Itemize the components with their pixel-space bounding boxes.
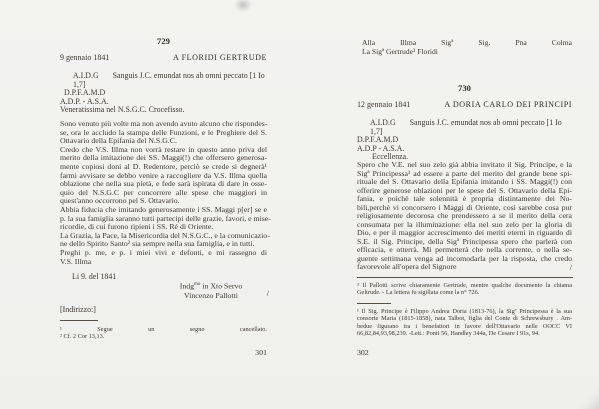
text-line: V.S. Illma (60, 258, 267, 267)
footnote-rule (60, 320, 98, 321)
letter-salutation: Veneratissima nel N.S.G.C. Crocefisso. (60, 105, 267, 114)
footnote-rule-short (357, 303, 391, 304)
text-line: La Sigª Gertrude³ Floridi (362, 47, 572, 56)
signature-name: Vincenzo Pallotti (155, 291, 267, 300)
letter-header-row: 12 gennaio 1841 A DORIA CARLO DEI PRINCI… (357, 100, 572, 109)
text-line: ¹ Il Sig. Principe è Filippo Andrea Dori… (357, 308, 572, 315)
scan-corner-shadow (569, 387, 599, 409)
footnote-letter-729: ³ Il Pallotti scrive chiaramente Gertrud… (357, 282, 572, 297)
page-number: 301 (60, 348, 267, 357)
invocation-block: A.I.D.GSanguis J.C. emundat nos ab omni … (60, 72, 267, 107)
text-line: consorte Maria (1815-1858), nata Talbot,… (357, 315, 572, 322)
letter-date: 9 gennaio 1841 (60, 53, 109, 62)
address-block: Alla Illma Sigª Sig. Pna ColmaLa Sigª Ge… (362, 38, 572, 56)
footnote-letter-730: ¹ Il Sig. Principe è Filippo Andrea Dori… (357, 308, 572, 337)
letter-date: 12 gennaio 1841 (357, 100, 410, 109)
scan-gutter-smudge (234, 0, 252, 12)
text-line: bedue figurano tra i benefattori in favo… (357, 323, 572, 330)
text-line: 66,82,84,93,98,239. -Lett.: Ponti 56, Ha… (357, 330, 572, 337)
letter-recipient: A DORIA CARLO DEI PRINCIPI (444, 100, 572, 109)
signature-qualifier: Indgmo in Xto Servo (155, 280, 267, 291)
text-line: Preghi p. me, e p. i miei vivi e defonti… (60, 249, 267, 258)
letter-number-heading: 730 (357, 83, 572, 93)
address-annotation: [Indirizzo:] (60, 305, 267, 314)
invocation-line-1: A.I.D.GSanguis J.C. emundat nos ab omni … (357, 119, 572, 136)
invocation-block: A.I.D.GSanguis J.C. emundat nos ab omni … (357, 119, 572, 154)
book-scan: 729 9 gennaio 1841 A FLORIDI GERTRUDE A.… (0, 0, 599, 409)
letter-recipient: A FLORIDI GERTRUDE (173, 53, 267, 62)
letter-header-row: 9 gennaio 1841 A FLORIDI GERTRUDE (60, 53, 267, 62)
text-line: Alla Illma Sigª Sig. Pna Colma (362, 38, 572, 47)
book-page-right: Alla Illma Sigª Sig. Pna ColmaLa Sigª Ge… (357, 0, 572, 409)
text-line: ¹ Segue un segno cancellato. (60, 326, 267, 333)
page-break-slash: / (267, 289, 269, 298)
book-page-left: 729 9 gennaio 1841 A FLORIDI GERTRUDE A.… (60, 0, 267, 409)
page-number: 302 (357, 348, 572, 357)
text-line: favorevole all'opera del Signore (357, 263, 572, 272)
text-line: ³ Il Pallotti scrive chiaramente Gertrud… (357, 282, 572, 289)
letter-body: Sono venuto più volte ma non avendo avut… (60, 120, 267, 266)
text-line: ² Cf. 2 Cor 13,13. (60, 333, 267, 340)
page-break-slash: / (570, 263, 572, 272)
footnote-rule-long (357, 277, 573, 278)
invocation-line-1: A.I.D.GSanguis J.C. emundat nos ab omni … (60, 72, 267, 89)
letter-number-heading: 729 (60, 36, 267, 46)
letter-body: Spero che V.E. nel suo zelo già abbia in… (357, 161, 572, 272)
text-line: Geltrude. - La lettera fu sigillata come… (357, 289, 572, 296)
footnotes: ¹ Segue un segno cancellato.² Cf. 2 Cor … (60, 326, 267, 341)
signature-block: Indgmo in Xto Servo Vincenzo Pallotti (155, 280, 267, 300)
